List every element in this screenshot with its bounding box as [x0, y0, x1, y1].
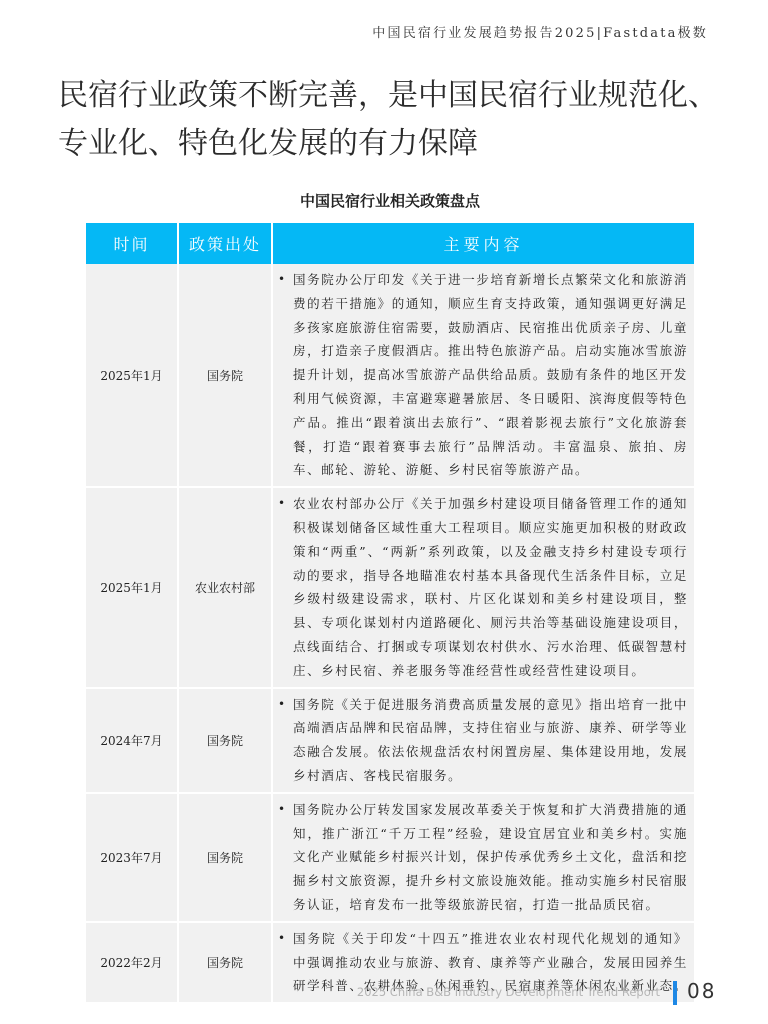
- table-row: 2025年1月 国务院 • 国务院办公厅印发《关于进一步培育新增长点繁荣文化和旅…: [86, 264, 694, 487]
- time-cell: 2024年7月: [86, 688, 178, 793]
- content-text: 国务院《关于印发“十四五”推进农业农村现代化规划的通知》中强调推动农业与旅游、教…: [293, 931, 688, 994]
- bullet-icon: •: [278, 927, 287, 951]
- source-cell: 国务院: [178, 922, 272, 1003]
- footer-report-name: 2025 China B&B Industry Development Tren…: [357, 985, 660, 999]
- time-cell: 2022年2月: [86, 922, 178, 1003]
- time-cell: 2025年1月: [86, 487, 178, 687]
- table-caption: 中国民宿行业相关政策盘点: [86, 190, 694, 211]
- source-cell: 国务院: [178, 793, 272, 922]
- policy-table: 时间 政策出处 主要内容 2025年1月 国务院 • 国务院办公厅印发《关于进一…: [86, 223, 694, 1004]
- content-text: 国务院办公厅转发国家发展改革委关于恢复和扩大消费措施的通知，推广浙江“千万工程”…: [293, 802, 688, 912]
- page-number: 08: [687, 979, 716, 1003]
- table-header-row: 时间 政策出处 主要内容: [86, 223, 694, 264]
- time-cell: 2025年1月: [86, 264, 178, 487]
- content-cell: • 国务院《关于促进服务消费高质量发展的意见》指出培育一批中高端酒店品牌和民宿品…: [272, 688, 694, 793]
- column-header-time: 时间: [86, 223, 178, 264]
- footer-accent-bar: [673, 981, 677, 1005]
- table-row: 2024年7月 国务院 • 国务院《关于促进服务消费高质量发展的意见》指出培育一…: [86, 688, 694, 793]
- page-title: 民宿行业政策不断完善，是中国民宿行业规范化、专业化、特色化发展的有力保障: [58, 72, 738, 168]
- bullet-icon: •: [278, 693, 287, 717]
- content-cell: • 国务院办公厅印发《关于进一步培育新增长点繁荣文化和旅游消费的若干措施》的通知…: [272, 264, 694, 487]
- content-text: 国务院办公厅印发《关于进一步培育新增长点繁荣文化和旅游消费的若干措施》的通知，顺…: [293, 272, 688, 477]
- time-cell: 2023年7月: [86, 793, 178, 922]
- content-text: 农业农村部办公厅《关于加强乡村建设项目储备管理工作的通知积极谋划储备区域性重大工…: [293, 496, 688, 678]
- content-cell: • 国务院办公厅转发国家发展改革委关于恢复和扩大消费措施的通知，推广浙江“千万工…: [272, 793, 694, 922]
- column-header-source: 政策出处: [178, 223, 272, 264]
- running-header: 中国民宿行业发展趋势报告2025|Fastdata极数: [372, 22, 708, 41]
- table-row: 2023年7月 国务院 • 国务院办公厅转发国家发展改革委关于恢复和扩大消费措施…: [86, 793, 694, 922]
- bullet-icon: •: [278, 268, 287, 292]
- content-text: 国务院《关于促进服务消费高质量发展的意见》指出培育一批中高端酒店品牌和民宿品牌，…: [293, 697, 688, 783]
- source-cell: 国务院: [178, 264, 272, 487]
- bullet-icon: •: [278, 492, 287, 516]
- content-cell: • 农业农村部办公厅《关于加强乡村建设项目储备管理工作的通知积极谋划储备区域性重…: [272, 487, 694, 687]
- source-cell: 农业农村部: [178, 487, 272, 687]
- column-header-content: 主要内容: [272, 223, 694, 264]
- table-row: 2025年1月 农业农村部 • 农业农村部办公厅《关于加强乡村建设项目储备管理工…: [86, 487, 694, 687]
- bullet-icon: •: [278, 798, 287, 822]
- source-cell: 国务院: [178, 688, 272, 793]
